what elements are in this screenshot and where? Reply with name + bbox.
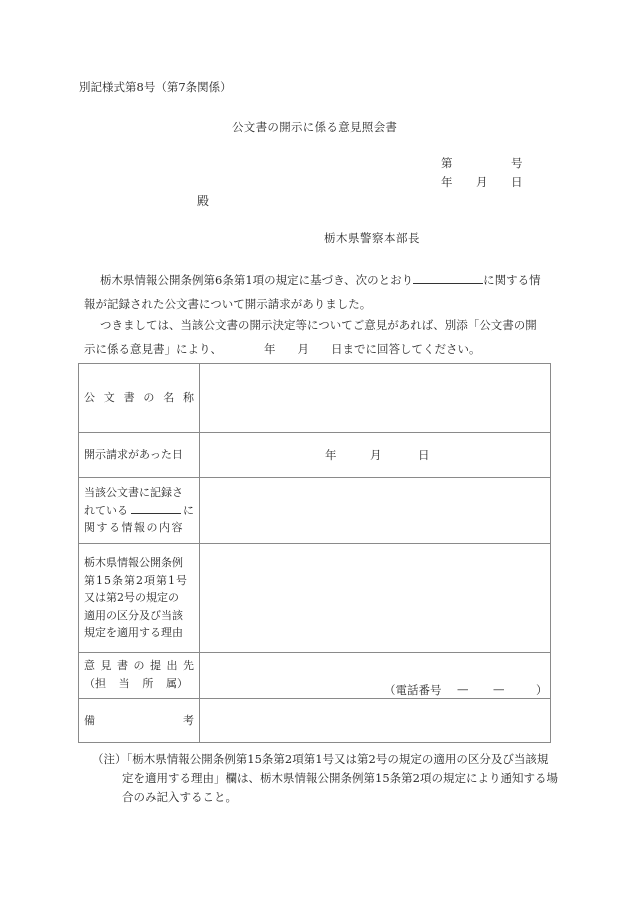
document-title: 公文書の開示に係る意見照会書 [232,119,397,135]
value-exemption-reason[interactable] [200,544,550,652]
value-remarks[interactable] [200,699,550,742]
phone-dash-1: — [457,682,469,696]
value-submission-destination[interactable]: （電話番号 — — ） [200,653,550,698]
label-exemption-reason: 栃木県情報公開条例 第15条第2項第1号 又は第2号の規定の 適用の区分及び当該… [84,554,194,642]
paragraph-response-request: つきましては、当該公文書の開示決定等についてご意見があれば、別添「公文書の開 示… [84,313,554,361]
label-submission-destination: 意見書の提出先 （担当所属） [84,657,194,692]
date-month: 月 [476,174,488,190]
date-year: 年 [441,174,453,190]
row-document-name: 公文書の名称 [79,364,550,432]
row-request-date: 開示請求があった日 年 月 日 [79,432,550,477]
label-request-date: 開示請求があった日 [79,433,200,477]
deadline-month: 月 [298,342,310,356]
date-day: 日 [511,174,523,190]
row-submission-destination: 意見書の提出先 （担当所属） （電話番号 — — ） [79,652,550,698]
label-remarks: 備考 [84,712,194,730]
phone-dash-2: — [493,682,505,696]
phone-close: ） [536,682,548,698]
footnote: （注）「栃木県情報公開条例第15条第2項第1号又は第2号の規定の適用の区分及び当… [92,750,562,807]
info-blank [131,502,181,514]
value-document-name[interactable] [200,364,550,432]
inquiry-table: 公文書の名称 開示請求があった日 年 月 日 当該公文書に記録さ れているに 関… [78,363,551,743]
label-recorded-info: 当該公文書に記録さ れているに 関する情報の内容 [84,484,194,537]
addressee: 殿 [197,192,209,209]
subject-blank [413,271,483,284]
row-exemption-reason: 栃木県情報公開条例 第15条第2項第1号 又は第2号の規定の 適用の区分及び当該… [79,543,550,652]
value-request-date[interactable]: 年 月 日 [200,433,550,477]
sender: 栃木県警察本部長 [324,230,420,246]
number-suffix: 号 [511,155,523,171]
form-id: 別記様式第8号（第7条関係） [79,79,232,95]
label-document-name: 公文書の名称 [84,389,194,407]
value-recorded-info[interactable] [200,478,550,543]
number-prefix: 第 [441,155,453,171]
row-remarks: 備考 [79,698,550,742]
deadline-year: 年 [264,342,276,356]
paragraph-request-notice: 栃木県情報公開条例第6条第1項の規定に基づき、次のとおりに関する情 報が記録され… [84,268,554,316]
row-recorded-info: 当該公文書に記録さ れているに 関する情報の内容 [79,477,550,543]
phone-label: （電話番号 [384,682,442,698]
